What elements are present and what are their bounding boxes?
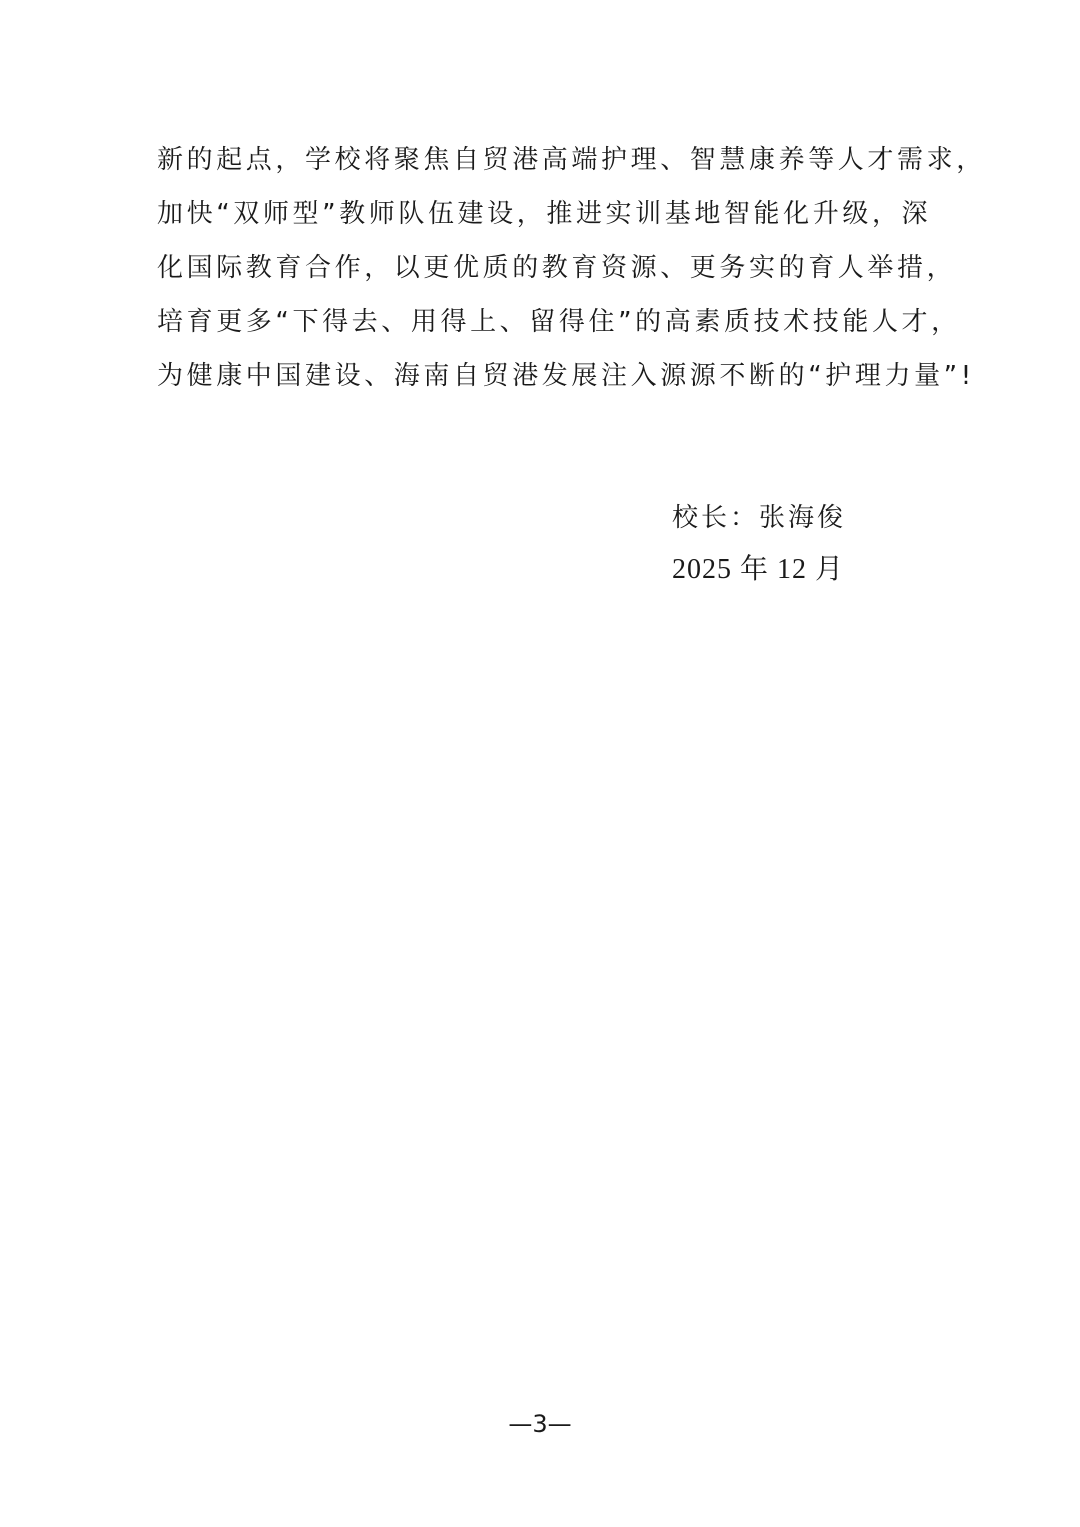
document-page: 新的起点，学校将聚焦自贸港高端护理、智慧康养等人才需求， 加快“双师型”教师队伍…: [0, 0, 1080, 1527]
signature-block: 校长：张海俊 2025 年 12 月: [672, 492, 846, 596]
signatory: 校长：张海俊: [672, 492, 846, 544]
body-paragraph: 新的起点，学校将聚焦自贸港高端护理、智慧康养等人才需求， 加快“双师型”教师队伍…: [157, 133, 957, 403]
page-number: —3—: [0, 1410, 1080, 1438]
body-line: 加快“双师型”教师队伍建设，推进实训基地智能化升级，深: [157, 187, 957, 241]
body-line: 为健康中国建设、海南自贸港发展注入源源不断的“护理力量”!: [157, 349, 957, 403]
body-line: 培育更多“下得去、用得上、留得住”的高素质技术技能人才，: [157, 295, 957, 349]
body-line: 化国际教育合作，以更优质的教育资源、更务实的育人举措，: [157, 241, 957, 295]
signature-date: 2025 年 12 月: [672, 544, 846, 596]
body-line: 新的起点，学校将聚焦自贸港高端护理、智慧康养等人才需求，: [157, 133, 957, 187]
